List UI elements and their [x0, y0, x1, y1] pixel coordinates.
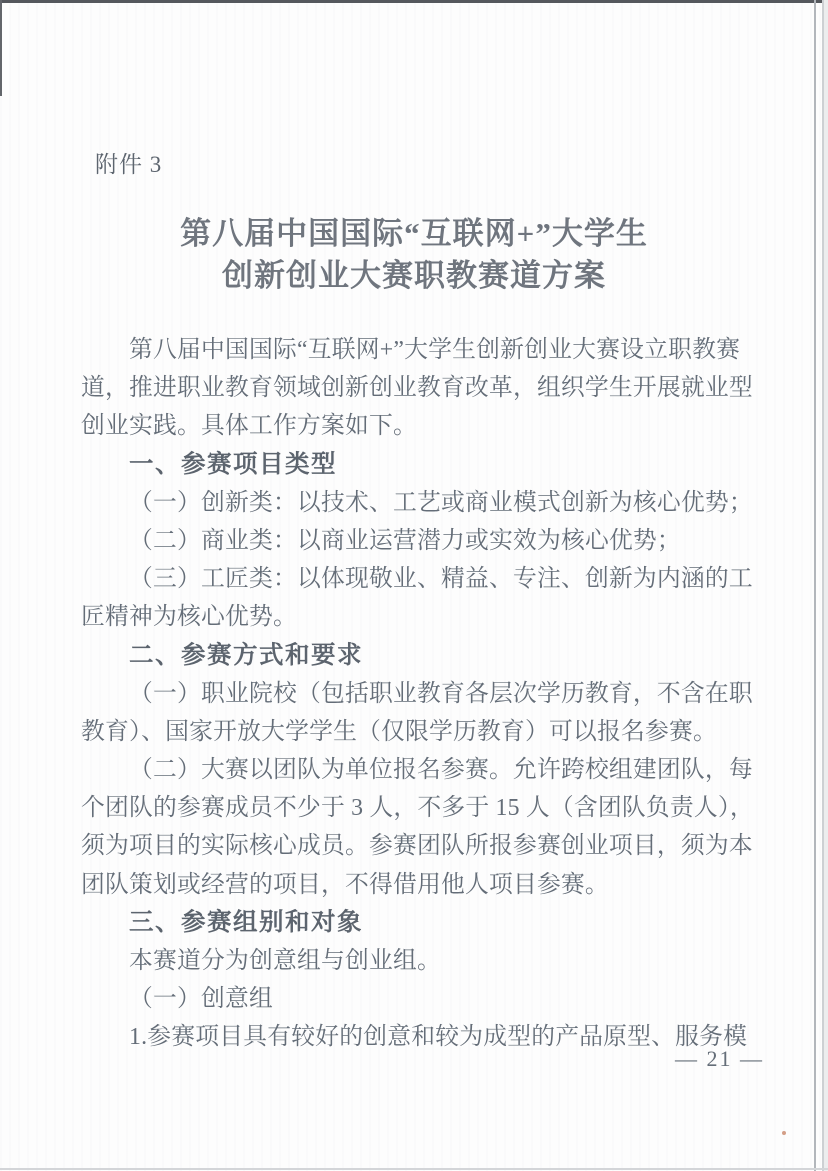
body-line: 本赛道分为创意组与创业组。: [81, 942, 749, 980]
page-number: — 21 —: [0, 1046, 764, 1072]
body-line: （一）创意组: [81, 980, 749, 1018]
scan-edge-left: [0, 0, 2, 96]
body-line: （一）职业院校（包括职业教育各层次学历教育，不含在职: [81, 675, 749, 713]
scan-edge-bottom: [0, 1168, 828, 1170]
scanned-document-page: 附件 3 第八届中国国际“互联网+”大学生 创新创业大赛职教赛道方案 第八届中国…: [0, 0, 828, 1171]
body-line: 第八届中国国际“互联网+”大学生创新创业大赛设立职教赛: [81, 331, 749, 369]
body-line: （一）创新类：以技术、工艺或商业模式创新为核心优势；: [81, 484, 749, 522]
document-title: 第八届中国国际“互联网+”大学生 创新创业大赛职教赛道方案: [0, 213, 828, 297]
body-line: （二）大赛以团队为单位报名参赛。允许跨校组建团队，每: [81, 751, 749, 789]
body-line: 道，推进职业教育领域创新创业教育改革，组织学生开展就业型: [81, 369, 749, 407]
scan-edge-right: [814, 0, 816, 1171]
attachment-label: 附件 3: [95, 146, 162, 179]
document-title-line1: 第八届中国国际“互联网+”大学生: [0, 213, 828, 255]
scan-edge-right-fill: [824, 0, 828, 1171]
scan-edge-top: [0, 0, 828, 3]
body-line: 个团队的参赛成员不少于 3 人，不多于 15 人（含团队负责人），: [81, 789, 749, 827]
body-line: 团队策划或经营的项目，不得借用他人项目参赛。: [81, 866, 749, 904]
body-line: 教育）、国家开放大学学生（仅限学历教育）可以报名参赛。: [81, 713, 749, 751]
body-line: 匠精神为核心优势。: [81, 598, 749, 636]
document-title-line2: 创新创业大赛职教赛道方案: [0, 255, 828, 297]
document-body: 第八届中国国际“互联网+”大学生创新创业大赛设立职教赛道，推进职业教育领域创新创…: [81, 331, 749, 1057]
body-line: （三）工匠类：以体现敬业、精益、专注、创新为内涵的工: [81, 560, 749, 598]
scan-speck-artifact: [782, 1131, 786, 1135]
body-line: （二）商业类：以商业运营潜力或实效为核心优势；: [81, 522, 749, 560]
body-line: 须为项目的实际核心成员。参赛团队所报参赛创业项目，须为本: [81, 827, 749, 865]
section-heading: 一、参赛项目类型: [81, 446, 749, 484]
section-heading: 三、参赛组别和对象: [81, 904, 749, 942]
body-line: 创业实践。具体工作方案如下。: [81, 407, 749, 445]
section-heading: 二、参赛方式和要求: [81, 637, 749, 675]
